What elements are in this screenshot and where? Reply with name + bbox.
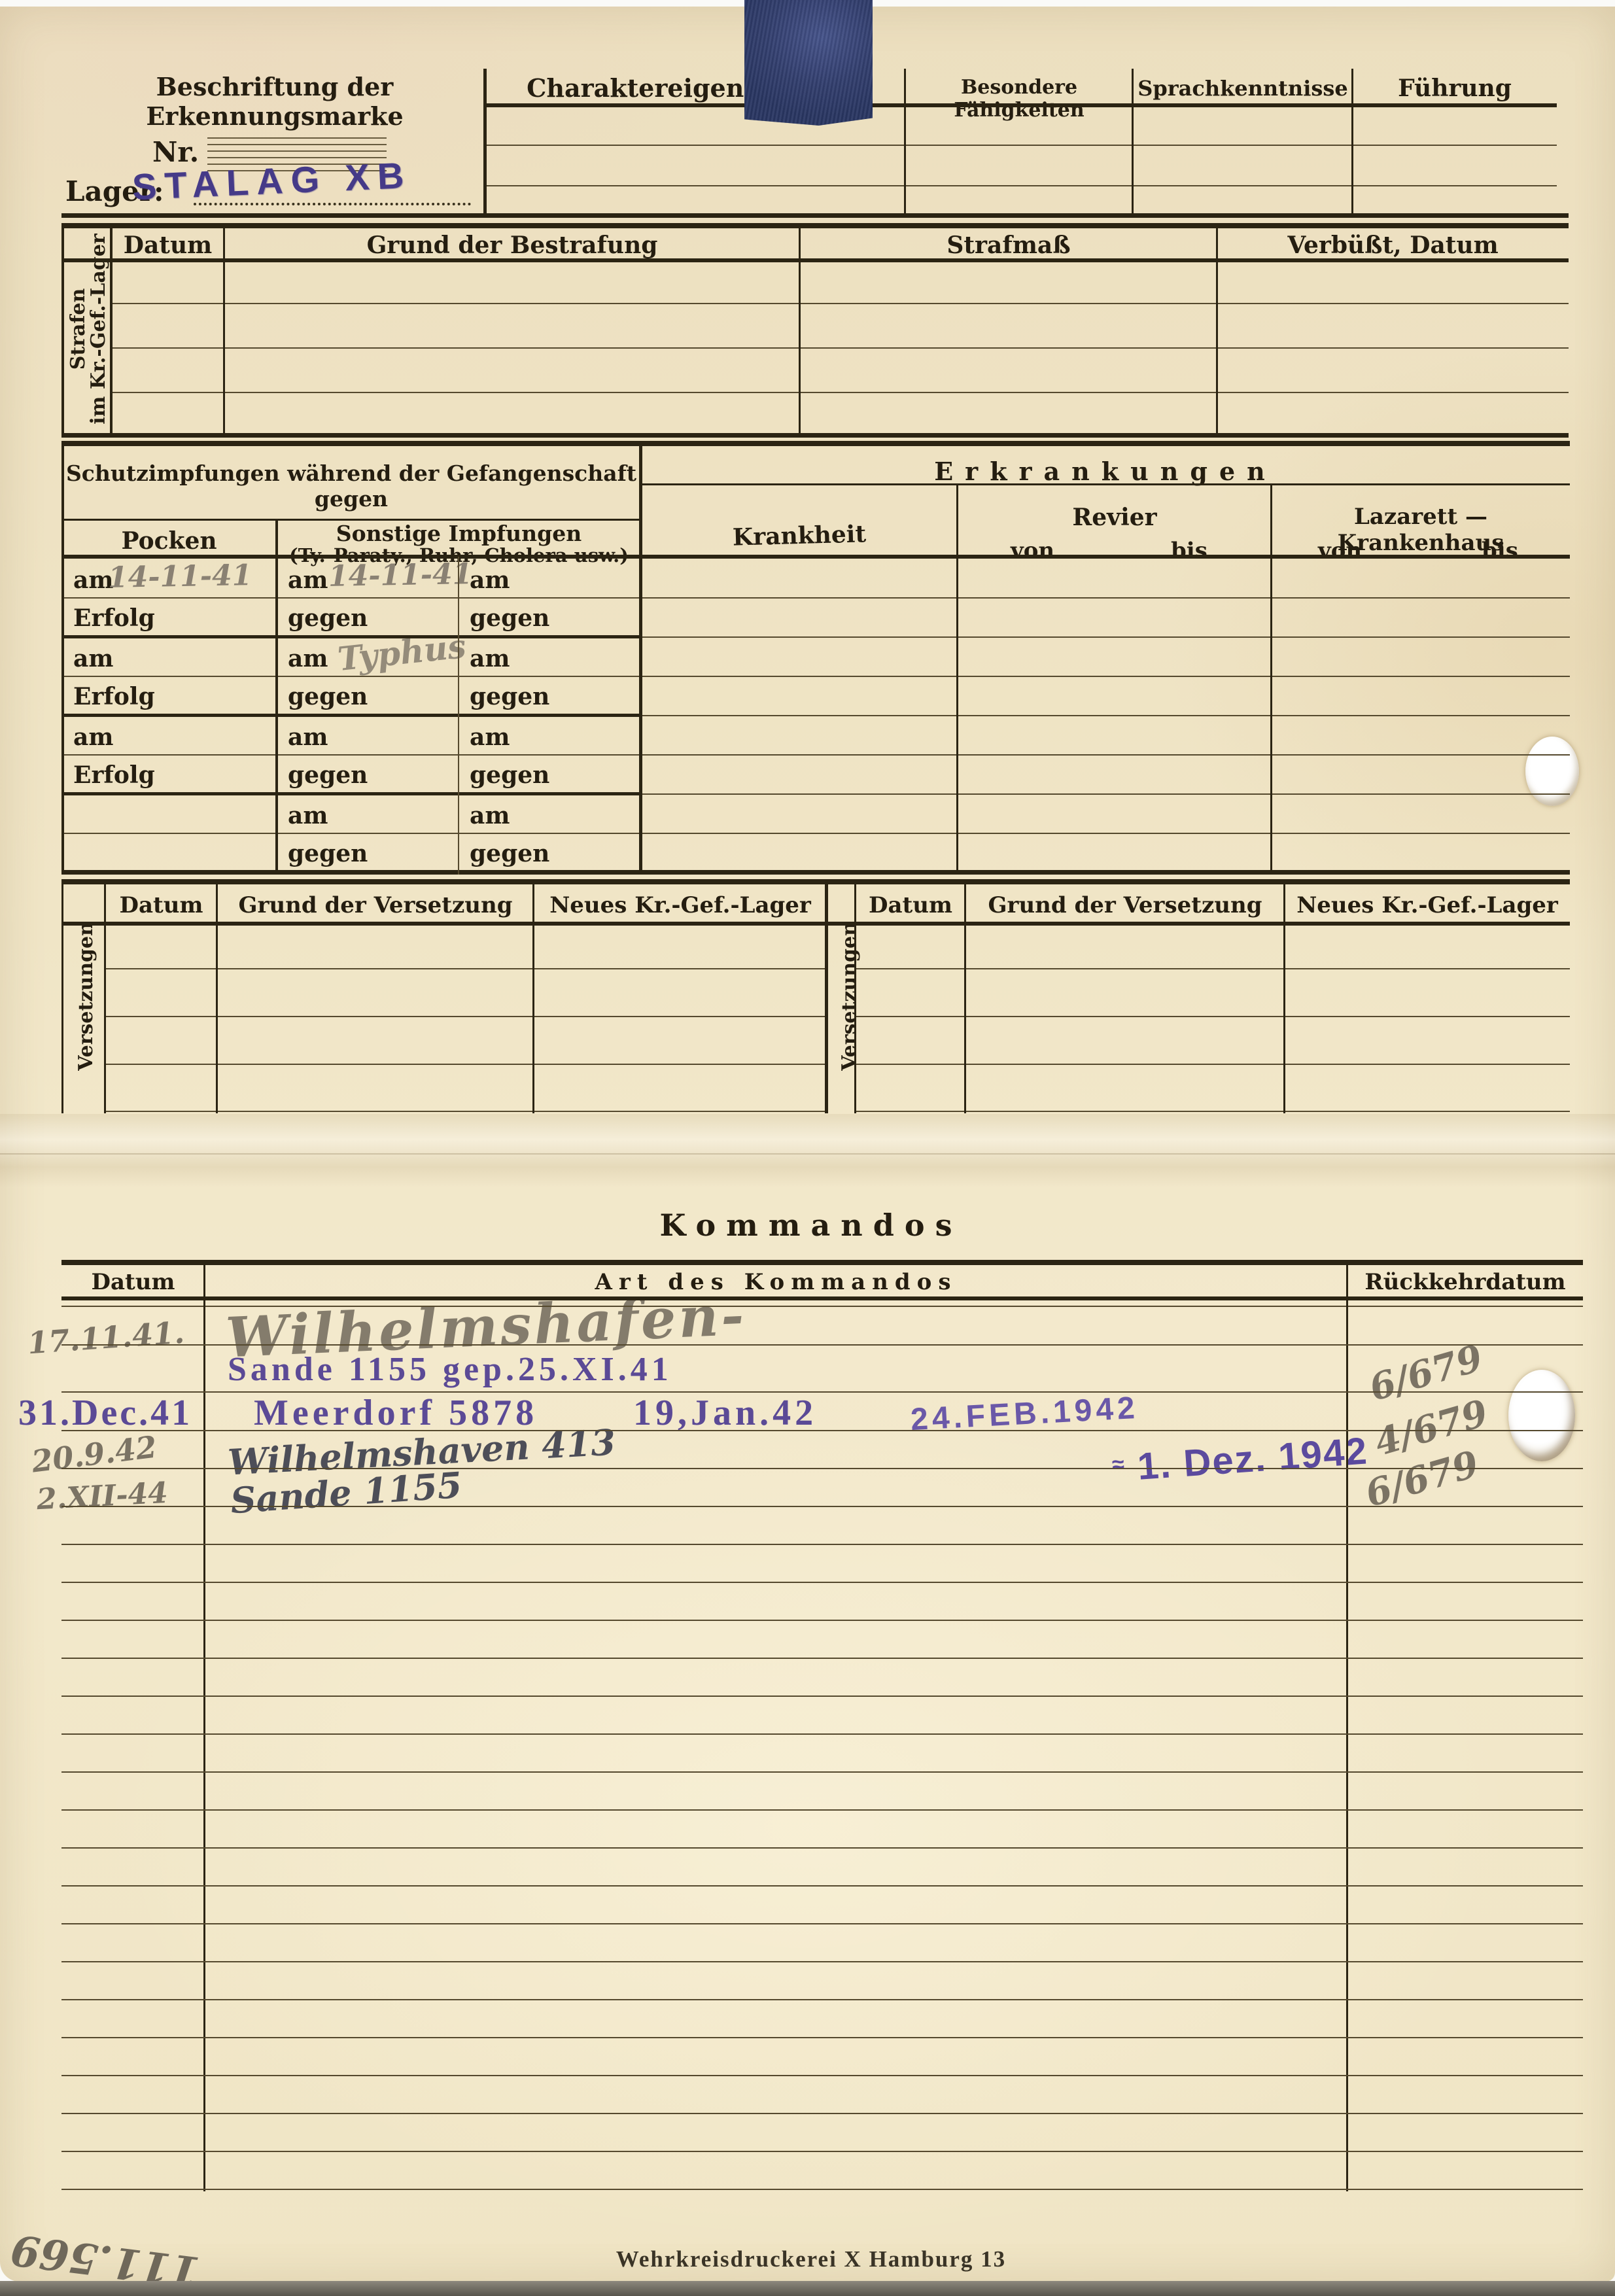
rule-line [61, 1391, 1583, 1393]
impf-cell: am [288, 566, 328, 594]
hw-kommando5-datum: 2.XII-44 [36, 1476, 169, 1516]
rule-line [483, 69, 487, 215]
rule-line [856, 968, 1570, 969]
rule-line [61, 879, 63, 1113]
rule-line [110, 223, 113, 438]
stamp-1-dez-1942: ≈ 1. Dez. 1942 [1111, 1429, 1369, 1490]
rule-line [532, 879, 534, 1113]
impf-cell: gegen [288, 683, 368, 710]
scanned-pow-record-card: Beschriftung der Erkennungsmarke Nr. Lag… [0, 0, 1615, 2296]
impfungen-col-pocken: Pocken [61, 527, 277, 555]
rule-line [956, 483, 958, 875]
impf-cell: Erfolg [73, 761, 155, 789]
stamp-pre-mark: ≈ [1111, 1452, 1126, 1477]
rule-line [105, 1111, 827, 1112]
impf-cell: Erfolg [73, 604, 155, 632]
rule-line [105, 968, 827, 969]
rule-line [1351, 69, 1353, 215]
rule-line [61, 1658, 1583, 1659]
versetzungen-left-side-label: Versetzungen [67, 883, 105, 1109]
erkrankungen-col-revier: Revier [958, 504, 1272, 531]
rule-line [203, 1260, 205, 2191]
hw-sonstige-gegen: Typhus [336, 627, 468, 678]
rule-line [104, 879, 106, 1113]
rule-line [275, 519, 278, 875]
rule-line [641, 636, 1570, 638]
impfungen-title: Schutzimpfungen während der Gefangenscha… [61, 461, 641, 512]
erkrankungen-col-lazarett: Lazarett — Krankenhaus [1272, 504, 1570, 556]
rule-line [61, 714, 641, 717]
stamp-kommando3-text2: 19,Jan.42 [633, 1392, 817, 1434]
rule-line [485, 145, 1557, 146]
kommandos-col-rueckkehr: Rückkehrdatum [1347, 1269, 1583, 1295]
impf-cell: gegen [470, 840, 549, 867]
erkennungsmarke-title: Beschriftung der Erkennungsmarke [65, 72, 484, 131]
rule-line [61, 1468, 1583, 1469]
stamp-kommando2-text: Sande 1155 gep.25.XI.41 [228, 1350, 672, 1389]
hw-kommando4-datum: 20.9.42 [29, 1429, 158, 1479]
versetzungen-right-col-neues: Neues Kr.-Gef.-Lager [1285, 892, 1570, 918]
rule-line [111, 303, 1569, 304]
rule-line [111, 347, 1569, 349]
rule-line [854, 879, 856, 1113]
rule-line [641, 715, 1570, 716]
printer-imprint: Wehrkreisdruckerei X Hamburg 13 [504, 2246, 1119, 2272]
rule-line [61, 1847, 1583, 1849]
rule-line [639, 441, 642, 875]
impf-cell: gegen [288, 604, 368, 632]
impf-cell: gegen [470, 761, 549, 789]
rule-line [485, 103, 1557, 107]
rule-line [61, 1999, 1583, 2000]
col-besondere-faehigkeiten: Besondere Fähigkeiten [905, 76, 1133, 122]
rule-line [61, 1544, 1583, 1545]
hw-pocken-date: 14-11-41 [108, 559, 252, 595]
strafen-side-label-line2: im Kr.-Gef.-Lager [88, 225, 109, 433]
impf-cell: gegen [288, 761, 368, 789]
kommandos-title: Kommandos [582, 1208, 1040, 1243]
rule-line [61, 2113, 1583, 2114]
rule-line [1346, 1260, 1348, 2191]
versetzungen-right-col-datum: Datum [856, 892, 965, 918]
rule-line [1216, 223, 1218, 438]
rule-line [61, 223, 64, 438]
rule-line [61, 2151, 1583, 2152]
rule-line [61, 1506, 1583, 1507]
rule-line [61, 1296, 1583, 1300]
impf-cell: Erfolg [73, 683, 155, 710]
rule-line [61, 676, 1570, 677]
rule-line [904, 69, 906, 215]
rule-line [61, 2189, 1583, 2190]
rule-line [641, 483, 1570, 485]
scanner-edge-bottom [0, 2281, 1615, 2296]
blue-tape [744, 0, 873, 126]
rule-line [61, 2075, 1583, 2076]
kommandos-col-datum: Datum [61, 1269, 205, 1295]
strafen-side-label: Strafen im Kr.-Gef.-Lager [67, 225, 110, 433]
stamp-1-dez-1942-text: 1. Dez. 1942 [1136, 1429, 1370, 1487]
impf-cell: am [470, 566, 510, 594]
rule-line [825, 879, 828, 1113]
rule-line [61, 433, 1569, 438]
rule-line [61, 1733, 1583, 1735]
rule-line [61, 213, 1569, 218]
rule-line [61, 1344, 1583, 1346]
rule-line [485, 185, 1557, 186]
rule-line [641, 793, 1570, 795]
rule-line [799, 223, 801, 438]
rule-line [856, 1111, 1570, 1112]
punch-hole-top [1525, 737, 1579, 806]
strafen-col-grund: Grund der Bestrafung [224, 232, 800, 259]
rule-line [61, 1582, 1583, 1583]
impf-cell: gegen [288, 840, 368, 867]
rule-line [61, 879, 1570, 884]
rule-line [61, 223, 1569, 228]
rule-line [61, 833, 1570, 834]
versetzungen-left-col-grund: Grund der Versetzung [217, 892, 534, 918]
rule-line [964, 879, 966, 1113]
rule-line [61, 597, 1570, 599]
rule-line [61, 1885, 1583, 1887]
rule-line [105, 1016, 827, 1017]
impf-cell: gegen [470, 604, 549, 632]
impf-cell: am [470, 802, 510, 829]
rule-line [856, 1016, 1570, 1017]
erkrankungen-revier-bis: bis [1171, 538, 1207, 564]
rule-line [61, 1771, 1583, 1773]
rule-line [61, 1260, 1583, 1265]
impf-cell: am [288, 723, 328, 751]
rule-line [61, 1809, 1583, 1811]
rule-line [61, 441, 64, 875]
col-sprachkenntnisse: Sprachkenntnisse [1133, 76, 1353, 101]
rule-line [61, 555, 1570, 559]
rule-line [111, 392, 1569, 393]
rule-line [61, 754, 1570, 756]
rule-line [61, 1923, 1583, 1924]
impf-cell: am [470, 645, 510, 672]
strafen-col-verbuesst: Verbüßt, Datum [1217, 232, 1569, 259]
hw-kommando1-datum: 17.11.41. [26, 1315, 185, 1361]
rule-line [61, 870, 1570, 875]
rule-line [61, 1696, 1583, 1697]
impf-cell: am [73, 723, 113, 751]
versetzungen-right-col-grund: Grund der Versetzung [965, 892, 1285, 918]
strafen-col-strafmass: Strafmaß [800, 232, 1217, 259]
rule-line [61, 1620, 1583, 1621]
rule-line [1283, 879, 1285, 1113]
rule-line [458, 557, 459, 875]
impf-cell: am [470, 723, 510, 751]
stamp-kommando3-datum: 31.Dec.41 [18, 1392, 192, 1434]
strafen-side-label-line1: Strafen [68, 225, 89, 433]
rule-line [223, 223, 225, 438]
impf-cell: am [288, 645, 328, 672]
rule-line [1132, 69, 1134, 215]
versetzungen-left-col-neues: Neues Kr.-Gef.-Lager [534, 892, 827, 918]
impf-cell: am [73, 645, 113, 672]
versetzungen-side-label-text: Versetzungen [75, 883, 97, 1109]
versetzungen-left-col-datum: Datum [105, 892, 217, 918]
rule-line [61, 635, 641, 638]
erkrankungen-lazarett-bis: bis [1482, 538, 1518, 564]
rule-line [216, 879, 218, 1113]
paper-fold-crease [0, 1114, 1615, 1187]
erkrankungen-col-krankheit: Krankheit [641, 518, 958, 554]
rule-line [1270, 483, 1272, 875]
rule-line [105, 1064, 827, 1065]
erkrankungen-lazarett-von: von [1318, 538, 1362, 564]
strafen-col-datum: Datum [111, 232, 224, 259]
rule-line [61, 1306, 1583, 1307]
erkrankungen-revier-von: von [1011, 538, 1054, 564]
rule-line [61, 792, 641, 795]
rule-line [61, 2037, 1583, 2038]
rule-line [61, 441, 1570, 446]
rule-line [856, 1064, 1570, 1065]
impf-cell: am [288, 802, 328, 829]
col-fuehrung: Führung [1353, 75, 1557, 102]
hw-sonstige-date: 14-11-41 [328, 557, 473, 593]
rule-line [61, 1430, 1583, 1431]
impfungen-col-sonstige: Sonstige Impfungen [277, 521, 641, 546]
punch-hole-bottom [1508, 1370, 1575, 1461]
fold-line [0, 1153, 1615, 1155]
impf-cell: gegen [470, 683, 549, 710]
rule-line [61, 922, 1570, 926]
rule-line [61, 519, 641, 521]
rule-line [61, 1961, 1583, 1962]
rule-line [61, 258, 1569, 262]
erkrankungen-title: Erkrankungen [641, 457, 1570, 486]
card-paper: Beschriftung der Erkennungsmarke Nr. Lag… [0, 7, 1615, 2282]
kommandos-col-art: Art des Kommandos [205, 1269, 1347, 1295]
